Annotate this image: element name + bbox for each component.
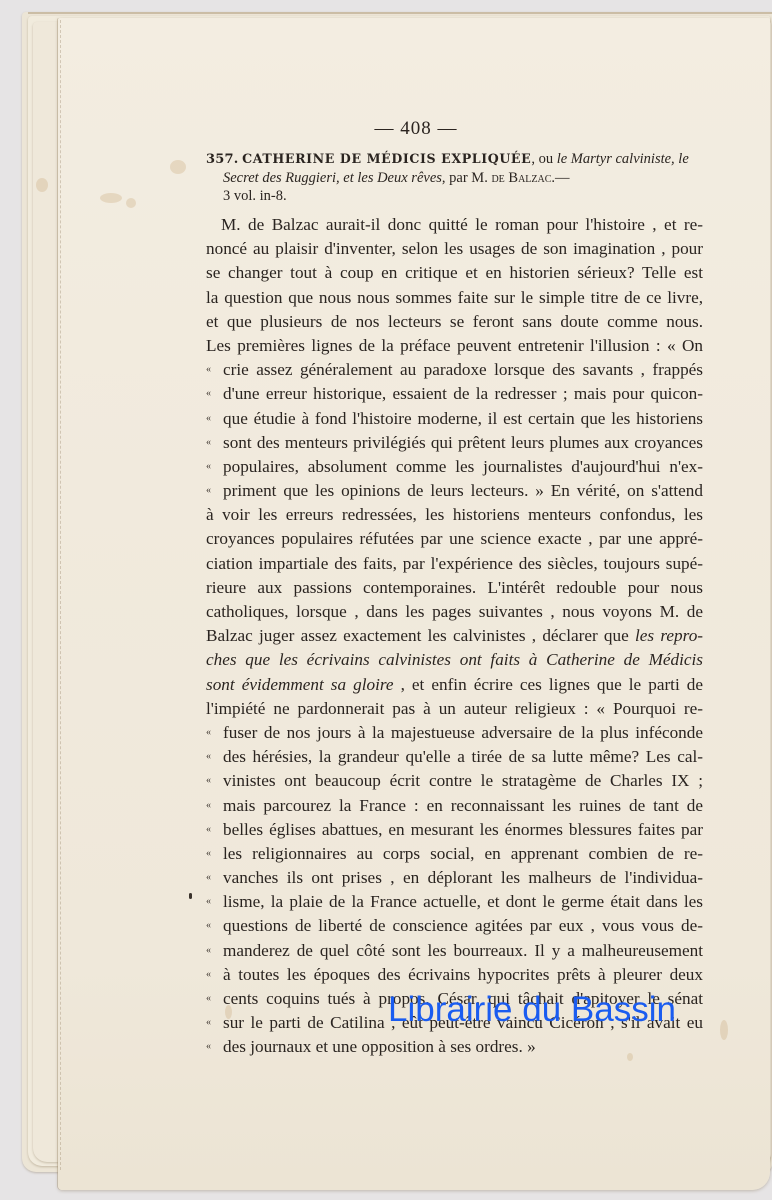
entry-author: de Balzac <box>491 170 551 186</box>
italic-text-segment: sont évidemment sa gloire <box>206 675 394 694</box>
text-line: ches que les écrivains calvinistes ont f… <box>206 648 703 672</box>
text-segment: Balzac juger assez exactement les calvin… <box>206 626 635 645</box>
bibliographic-entry: 357. CATHERINE DE MÉDICIS EXPLIQUÉE, ou … <box>206 150 703 205</box>
text-line: sont des menteurs privilégiés qui prêten… <box>206 431 703 455</box>
text-line: d'une erreur historique, essaient de la … <box>206 382 703 406</box>
text-line: et que plusieurs de nos lecteurs se fero… <box>206 310 703 334</box>
text-line: ciation impartiale des faits, par l'expé… <box>206 552 703 576</box>
page-top-edge <box>28 12 772 14</box>
text-line: des hérésies, la grandeur qu'elle a tiré… <box>206 745 703 769</box>
page-text-block: 357. CATHERINE DE MÉDICIS EXPLIQUÉE, ou … <box>206 150 703 1060</box>
entry-title-connector: , ou <box>531 151 556 167</box>
watermark-text: Librairie du Bassin <box>388 990 676 1030</box>
text-line: fuser de nos jours à la majestueuse adve… <box>206 721 703 745</box>
text-line: que étudie à fond l'histoire moderne, il… <box>206 407 703 431</box>
paper-stain <box>170 160 186 174</box>
paper-stain <box>100 193 122 203</box>
text-line: Les premières lignes de la préface peuve… <box>206 334 703 358</box>
entry-title: CATHERINE DE MÉDICIS EXPLIQUÉE <box>242 151 531 166</box>
page-gutter-line <box>60 20 61 1170</box>
entry-format: 3 vol. in-8. <box>223 188 287 204</box>
text-line: mais parcourez la France : en reconnaiss… <box>206 794 703 818</box>
text-line: priment que les opinions de leurs lecteu… <box>206 479 703 503</box>
text-line: à toutes les époques des écrivains hypoc… <box>206 963 703 987</box>
text-line: catholiques, lorsque , dans les pages su… <box>206 600 703 624</box>
margin-ink-mark <box>189 893 192 899</box>
text-line: croyances populaires réfutées par une sc… <box>206 527 703 551</box>
text-line: se changer tout à coup en critique et en… <box>206 261 703 285</box>
review-body: M. de Balzac aurait-il donc quitté le ro… <box>206 213 703 1060</box>
text-line: la question que nous nous sommes faite s… <box>206 286 703 310</box>
text-line: rieure aux passions contemporaines. L'in… <box>206 576 703 600</box>
text-line: noncé au plaisir d'inventer, selon les u… <box>206 237 703 261</box>
text-line: des journaux et une opposition à ses ord… <box>206 1035 703 1059</box>
text-segment: , et enfin écrire ces lignes que le part… <box>394 675 703 694</box>
entry-dash: .— <box>551 170 569 186</box>
text-line: Balzac juger assez exactement les calvin… <box>206 624 703 648</box>
page-number: — 408 — <box>0 118 772 140</box>
text-line: M. de Balzac aurait-il donc quitté le ro… <box>206 213 703 237</box>
italic-text-segment: les repro- <box>635 626 703 645</box>
text-line: crie assez généralement au paradoxe lors… <box>206 358 703 382</box>
paper-stain <box>36 178 48 192</box>
entry-number: 357. <box>206 152 238 167</box>
text-line: sont évidemment sa gloire , et enfin écr… <box>206 673 703 697</box>
text-line: à voir les erreurs redressées, les histo… <box>206 503 703 527</box>
text-line: l'impiété ne pardonnerait pas à un auteu… <box>206 697 703 721</box>
text-line: populaires, absolument comme les journal… <box>206 455 703 479</box>
text-line: belles églises abattues, en mesurant les… <box>206 818 703 842</box>
text-line: manderez de quel côté sont les bourreaux… <box>206 939 703 963</box>
paper-stain <box>720 1020 728 1040</box>
text-line: vinistes ont beaucoup écrit contre le st… <box>206 769 703 793</box>
text-line: questions de liberté de conscience agité… <box>206 914 703 938</box>
entry-by: , par M. <box>442 170 492 186</box>
text-line: lisme, la plaie de la France actuelle, e… <box>206 890 703 914</box>
italic-text-segment: ches que les écrivains calvinistes ont f… <box>206 650 703 669</box>
paper-stain <box>126 198 136 208</box>
text-line: vanches ils ont prises , en déplorant le… <box>206 866 703 890</box>
text-line: les religionnaires au corps social, en a… <box>206 842 703 866</box>
